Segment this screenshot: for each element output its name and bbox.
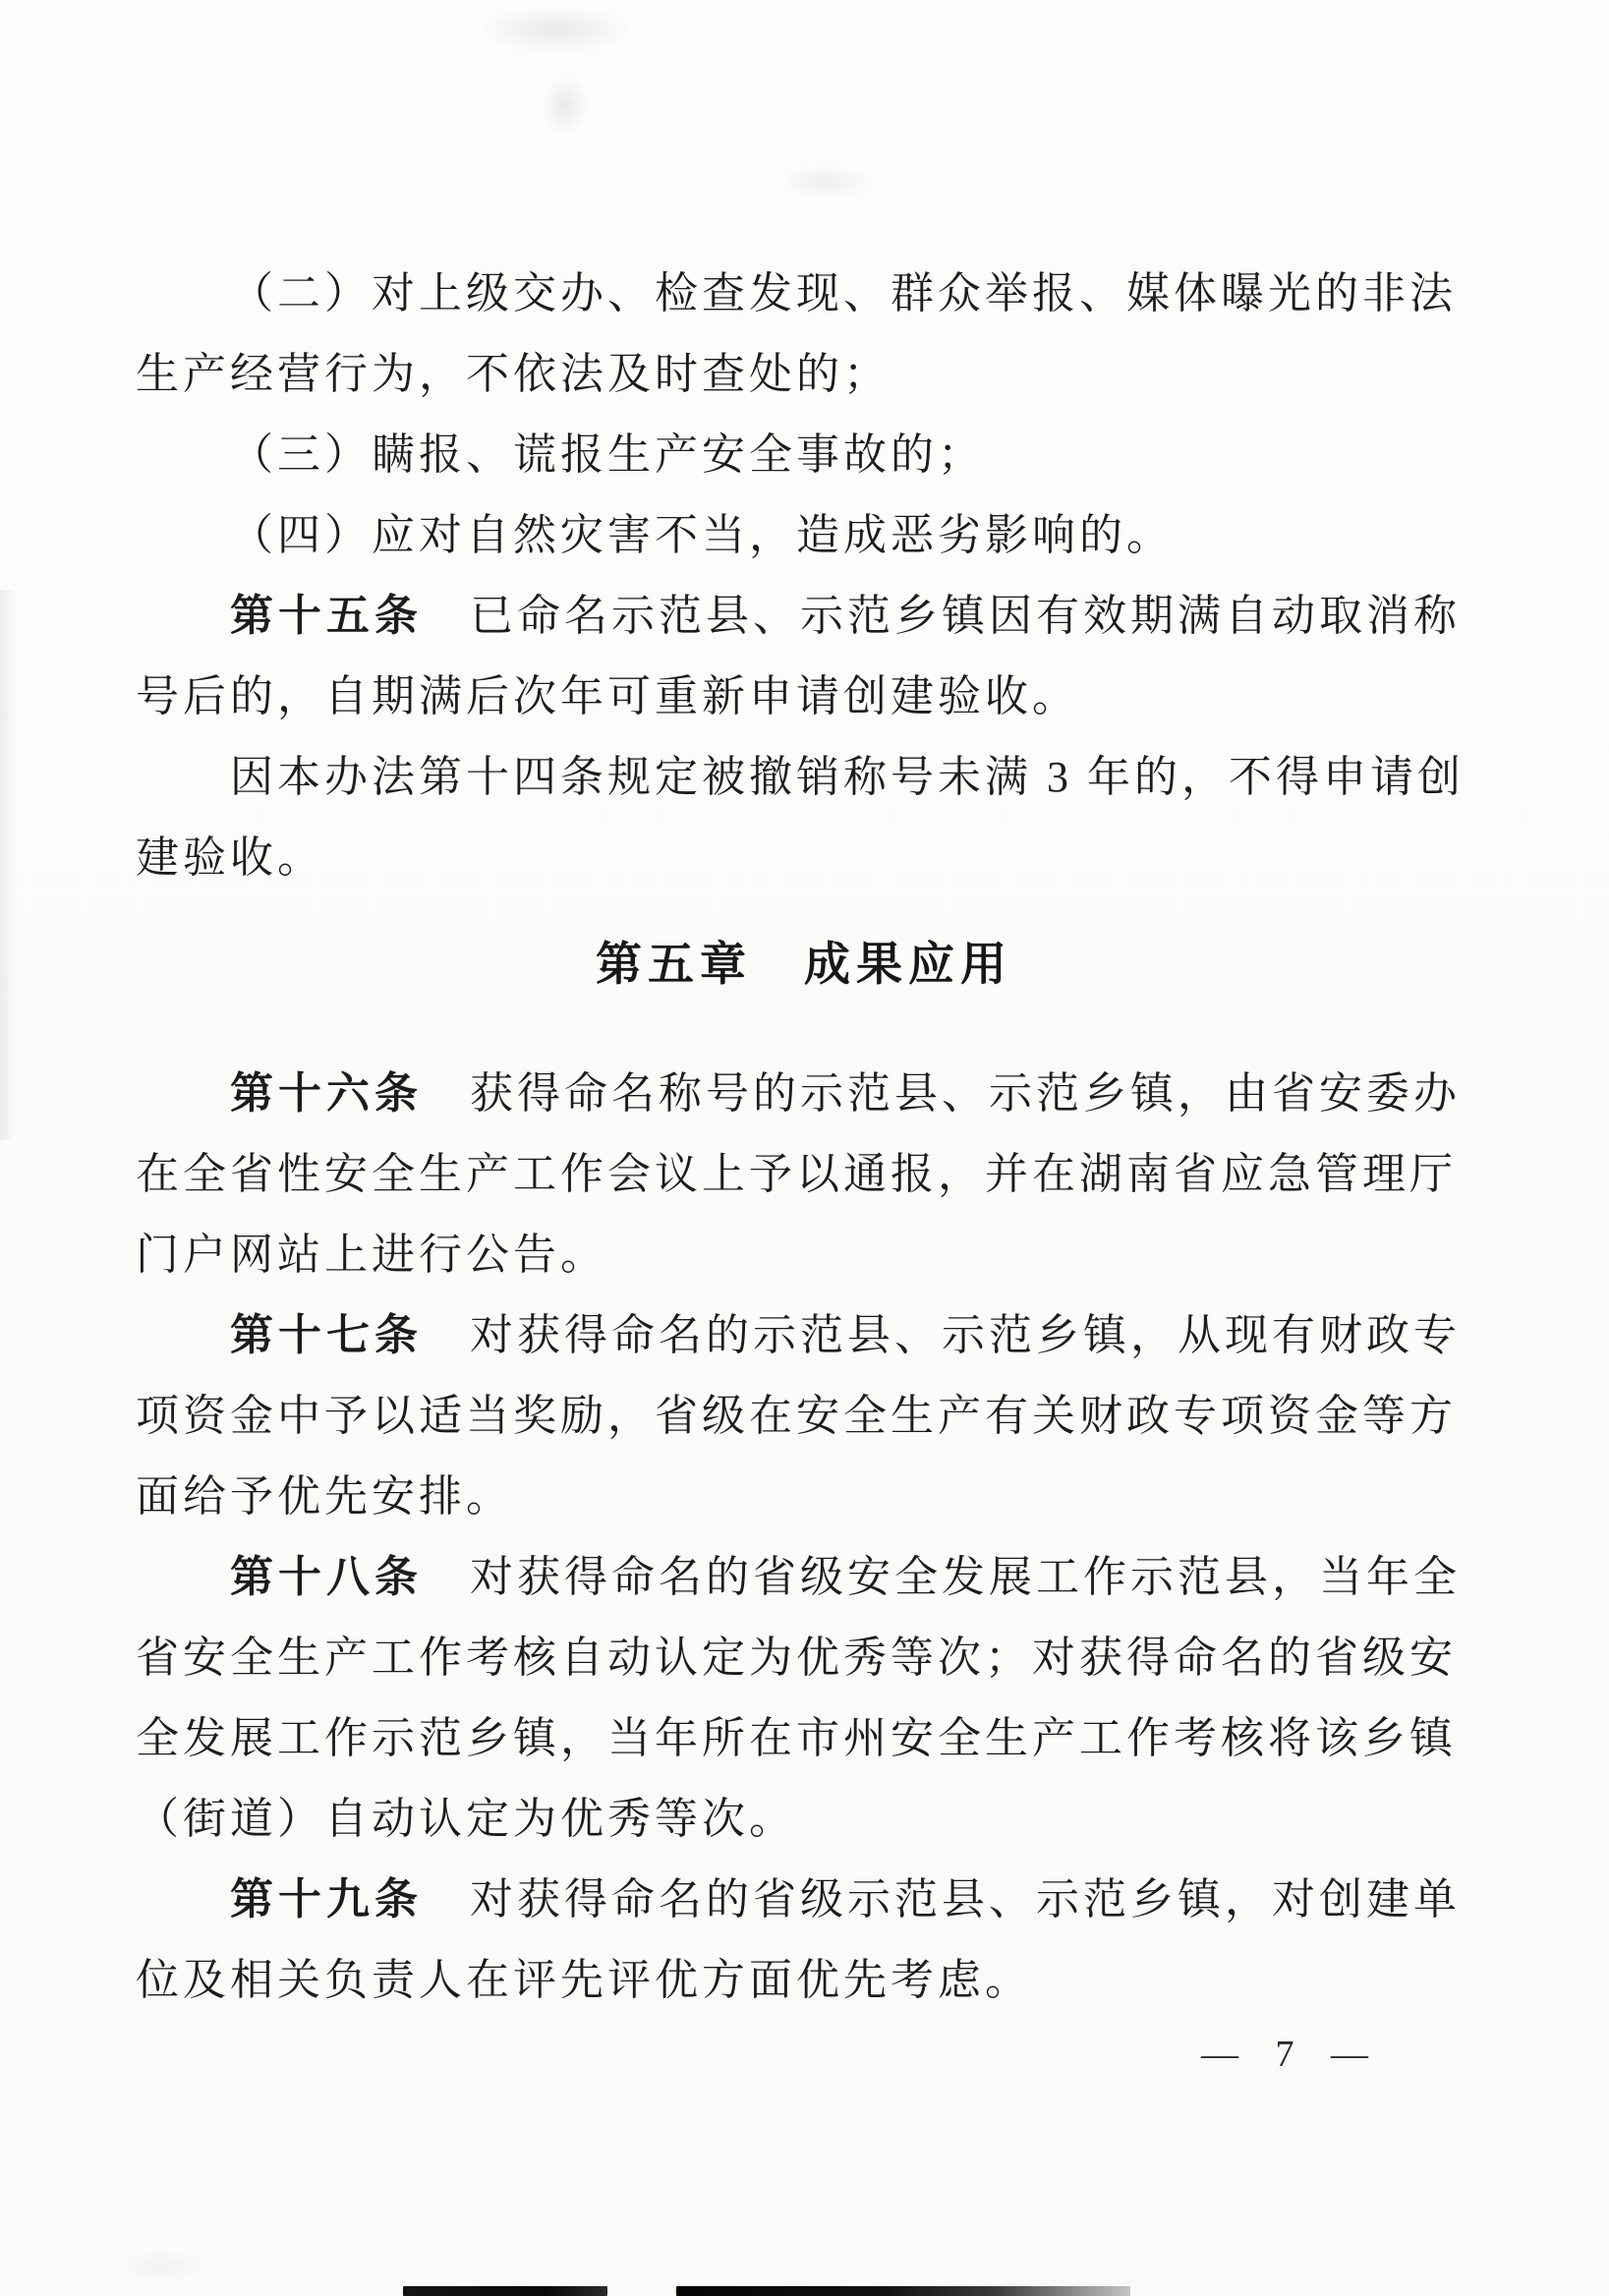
text-line: 因本办法第十四条规定被撤销称号未满 3 年的，不得申请创 [136,737,1472,818]
text-line: 项资金中予以适当奖励，省级在安全生产有关财政专项资金等方 [136,1376,1472,1457]
text-line: 位及相关负责人在评先评优方面优先考虑。 [136,1940,1472,2021]
text-line: 生产经营行为，不依法及时查处的； [136,334,1472,415]
text-line: 第十六条 获得命名称号的示范县、示范乡镇，由省安委办 [136,1054,1472,1134]
text-line: 在全省性安全生产工作会议上予以通报，并在湖南省应急管理厅 [136,1134,1472,1215]
text-line: 建验收。 [136,818,1472,898]
document-body-text: （二）对上级交办、检查发现、群众举报、媒体曝光的非法 生产经营行为，不依法及时查… [136,254,1472,2021]
scan-smudge [543,77,588,134]
scan-smudge [778,165,873,199]
chapter-heading: 第五章 成果应用 [136,924,1472,1004]
text-line: （二）对上级交办、检查发现、群众举报、媒体曝光的非法 [136,254,1472,334]
text-line: （街道）自动认定为优秀等次。 [136,1779,1472,1860]
scan-artifact-bar [676,2286,1130,2296]
scanned-document-page: （二）对上级交办、检查发现、群众举报、媒体曝光的非法 生产经营行为，不依法及时查… [0,0,1609,2296]
line-text: 号后的，自期满后次年可重新申请创建验收。 [136,672,1079,720]
scan-smudge [480,6,632,53]
line-text: 已命名示范县、示范乡镇因有效期满自动取消称 [423,592,1461,640]
scan-edge-shade [0,590,16,1140]
line-text: 项资金中予以适当奖励，省级在安全生产有关财政专项资金等方 [136,1392,1457,1440]
text-line: 省安全生产工作考核自动认定为优秀等次；对获得命名的省级安 [136,1618,1472,1698]
line-text: 全发展工作示范乡镇，当年所在市州安全生产工作考核将该乡镇 [136,1714,1457,1762]
page-number: — 7 — [1201,2033,1382,2076]
line-text: （二）对上级交办、检查发现、群众举报、媒体曝光的非法 [230,269,1457,317]
text-line: 全发展工作示范乡镇，当年所在市州安全生产工作考核将该乡镇 [136,1698,1472,1779]
line-text: （三）瞒报、谎报生产安全事故的； [230,430,985,479]
text-line: 第十五条 已命名示范县、示范乡镇因有效期满自动取消称 [136,576,1472,657]
article-number: 第十六条 [230,1069,423,1118]
line-text: 获得命名称号的示范县、示范乡镇，由省安委办 [423,1069,1461,1118]
text-line: 面给予优先安排。 [136,1457,1472,1537]
line-text: 生产经营行为，不依法及时查处的； [136,350,891,398]
line-text: 对获得命名的省级安全发展工作示范县，当年全 [423,1553,1461,1601]
text-line: 第十八条 对获得命名的省级安全发展工作示范县，当年全 [136,1537,1472,1618]
line-text: 面给予优先安排。 [136,1472,513,1521]
text-line: （三）瞒报、谎报生产安全事故的； [136,415,1472,495]
article-number: 第十七条 [230,1311,423,1359]
line-text: 因本办法第十四条规定被撤销称号未满 3 年的，不得申请创 [230,753,1465,801]
line-text: （街道）自动认定为优秀等次。 [136,1795,796,1843]
text-line: （四）应对自然灾害不当，造成恶劣影响的。 [136,495,1472,576]
text-line: 门户网站上进行公告。 [136,1215,1472,1295]
scan-smudge [118,2251,206,2280]
line-text: 位及相关负责人在评先评优方面优先考虑。 [136,1956,1032,2004]
text-line: 第十七条 对获得命名的示范县、示范乡镇，从现有财政专 [136,1295,1472,1376]
text-line: 第十九条 对获得命名的省级示范县、示范乡镇，对创建单 [136,1860,1472,1940]
line-text: （四）应对自然灾害不当，造成恶劣影响的。 [230,511,1174,559]
article-number: 第十八条 [230,1553,423,1601]
line-text: 对获得命名的示范县、示范乡镇，从现有财政专 [423,1311,1461,1359]
line-text: 门户网站上进行公告。 [136,1231,607,1279]
line-text: 建验收。 [136,833,324,882]
article-number: 第十九条 [230,1875,423,1923]
line-text: 对获得命名的省级示范县、示范乡镇，对创建单 [423,1875,1461,1923]
line-text: 在全省性安全生产工作会议上予以通报，并在湖南省应急管理厅 [136,1150,1457,1198]
article-number: 第十五条 [230,592,423,640]
line-text: 省安全生产工作考核自动认定为优秀等次；对获得命名的省级安 [136,1634,1457,1682]
scan-artifact-bar [403,2286,607,2296]
text-line: 号后的，自期满后次年可重新申请创建验收。 [136,657,1472,737]
